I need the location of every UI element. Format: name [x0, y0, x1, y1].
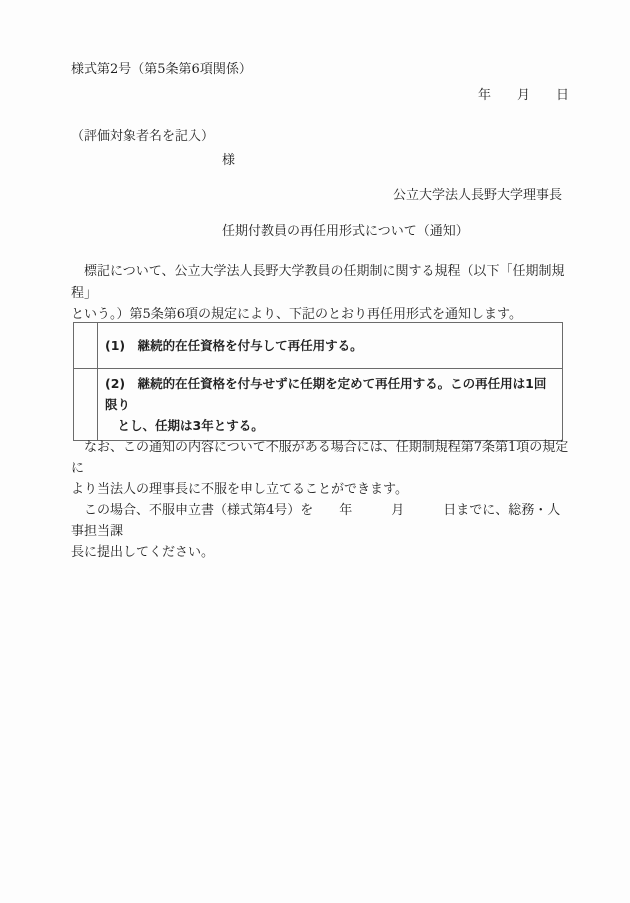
intro-paragraph: 標記について、公立大学法人長野大学教員の任期制に関する規程（以下「任期制規程」 …	[71, 261, 573, 326]
option-1-checkbox-cell	[74, 323, 98, 369]
option-2-checkbox-cell	[74, 369, 98, 441]
sender-line: 公立大学法人長野大学理事長	[393, 188, 562, 204]
document-page: 様式第2号（第5条第6項関係） 年 月 日 （評価対象者名を記入） 様 公立大学…	[0, 0, 630, 903]
form-number: 様式第2号（第5条第6項関係）	[71, 62, 252, 78]
closing-paragraph: なお、この通知の内容について不服がある場合には、任期制規程第7条第1項の規定に …	[71, 437, 573, 563]
option-2-text: (2) 継続的在任資格を付与せずに任期を定めて再任用する。この再任用は1回限り …	[98, 369, 563, 441]
document-title: 任期付教員の再任用形式について（通知）	[222, 224, 469, 240]
option-1-text: (1) 継続的在任資格を付与して再任用する。	[98, 323, 563, 369]
option-row-1: (1) 継続的在任資格を付与して再任用する。	[74, 323, 563, 369]
option-row-2: (2) 継続的在任資格を付与せずに任期を定めて再任用する。この再任用は1回限り …	[74, 369, 563, 441]
addressee-note: （評価対象者名を記入）	[71, 129, 214, 145]
addressee-honorific: 様	[222, 153, 235, 169]
date-blank-line: 年 月 日	[478, 88, 569, 104]
reappointment-options-table: (1) 継続的在任資格を付与して再任用する。 (2) 継続的在任資格を付与せずに…	[73, 322, 563, 441]
